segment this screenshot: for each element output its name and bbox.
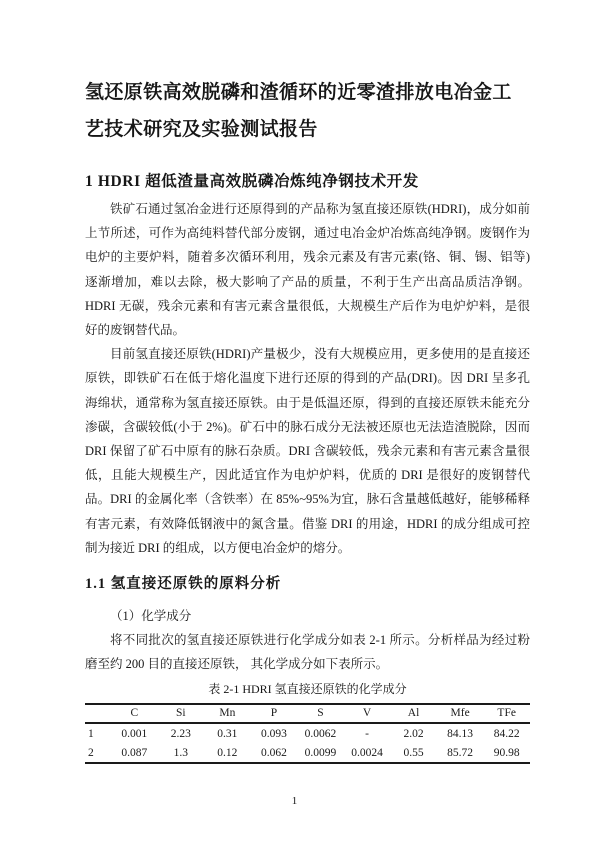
document-title: 氢还原铁高效脱磷和渣循环的近零渣排放电冶金工艺技术研究及实验测试报告: [85, 74, 530, 148]
column-header: S: [297, 704, 344, 723]
column-header: [85, 704, 111, 723]
section-1-1-heading: 1.1 氢直接还原铁的原料分析: [85, 572, 530, 596]
table-caption: 表 2-1 HDRI 氢直接还原铁的化学成分: [85, 677, 530, 701]
table-cell: 84.13: [437, 723, 484, 743]
list-item-chemical-composition: （1）化学成分: [85, 604, 530, 628]
table-cell: 1: [85, 723, 111, 743]
table-cell: 0.001: [111, 723, 158, 743]
table-cell: 90.98: [483, 743, 530, 763]
page-number: 1: [0, 795, 589, 807]
table-cell: 0.062: [251, 743, 298, 763]
column-header: TFe: [483, 704, 530, 723]
table-cell: 0.0024: [344, 743, 391, 763]
table-row: 10.0012.230.310.0930.0062-2.0284.1384.22: [85, 723, 530, 743]
table-cell: -: [344, 723, 391, 743]
section-1-heading: 1 HDRI 超低渣量高效脱磷冶炼纯净钢技术开发: [85, 170, 530, 194]
column-header: P: [251, 704, 298, 723]
table-cell: 1.3: [158, 743, 205, 763]
table-cell: 0.093: [251, 723, 298, 743]
column-header: Al: [390, 704, 437, 723]
column-header: C: [111, 704, 158, 723]
paragraph-hdri-intro: 铁矿石通过氢冶金进行还原得到的产品称为氢直接还原铁(HDRI)，成分如前上节所述…: [85, 197, 530, 342]
table-header-row: CSiMnPSVAlMfeTFe: [85, 704, 530, 723]
paragraph-sample-analysis: 将不同批次的氢直接还原铁进行化学成分如表 2-1 所示。分析样品为经过粉磨至约 …: [85, 628, 530, 676]
document-page: 氢还原铁高效脱磷和渣循环的近零渣排放电冶金工艺技术研究及实验测试报告 1 HDR…: [0, 0, 589, 841]
column-header: Mn: [204, 704, 251, 723]
table-cell: 84.22: [483, 723, 530, 743]
table-cell: 2.02: [390, 723, 437, 743]
table-cell: 2: [85, 743, 111, 763]
table-cell: 0.087: [111, 743, 158, 763]
table-cell: 0.0099: [297, 743, 344, 763]
chemical-composition-table: CSiMnPSVAlMfeTFe 10.0012.230.310.0930.00…: [85, 703, 530, 764]
table-body: 10.0012.230.310.0930.0062-2.0284.1384.22…: [85, 723, 530, 763]
paragraph-dri-description: 目前氢直接还原铁(HDRI)产量极少，没有大规模应用，更多使用的是直接还原铁，即…: [85, 342, 530, 560]
column-header: Si: [158, 704, 205, 723]
table-cell: 0.12: [204, 743, 251, 763]
table-header: CSiMnPSVAlMfeTFe: [85, 704, 530, 723]
table-cell: 85.72: [437, 743, 484, 763]
table-cell: 0.0062: [297, 723, 344, 743]
column-header: V: [344, 704, 391, 723]
column-header: Mfe: [437, 704, 484, 723]
table-cell: 2.23: [158, 723, 205, 743]
table-row: 20.0871.30.120.0620.00990.00240.5585.729…: [85, 743, 530, 763]
table-cell: 0.31: [204, 723, 251, 743]
table-cell: 0.55: [390, 743, 437, 763]
